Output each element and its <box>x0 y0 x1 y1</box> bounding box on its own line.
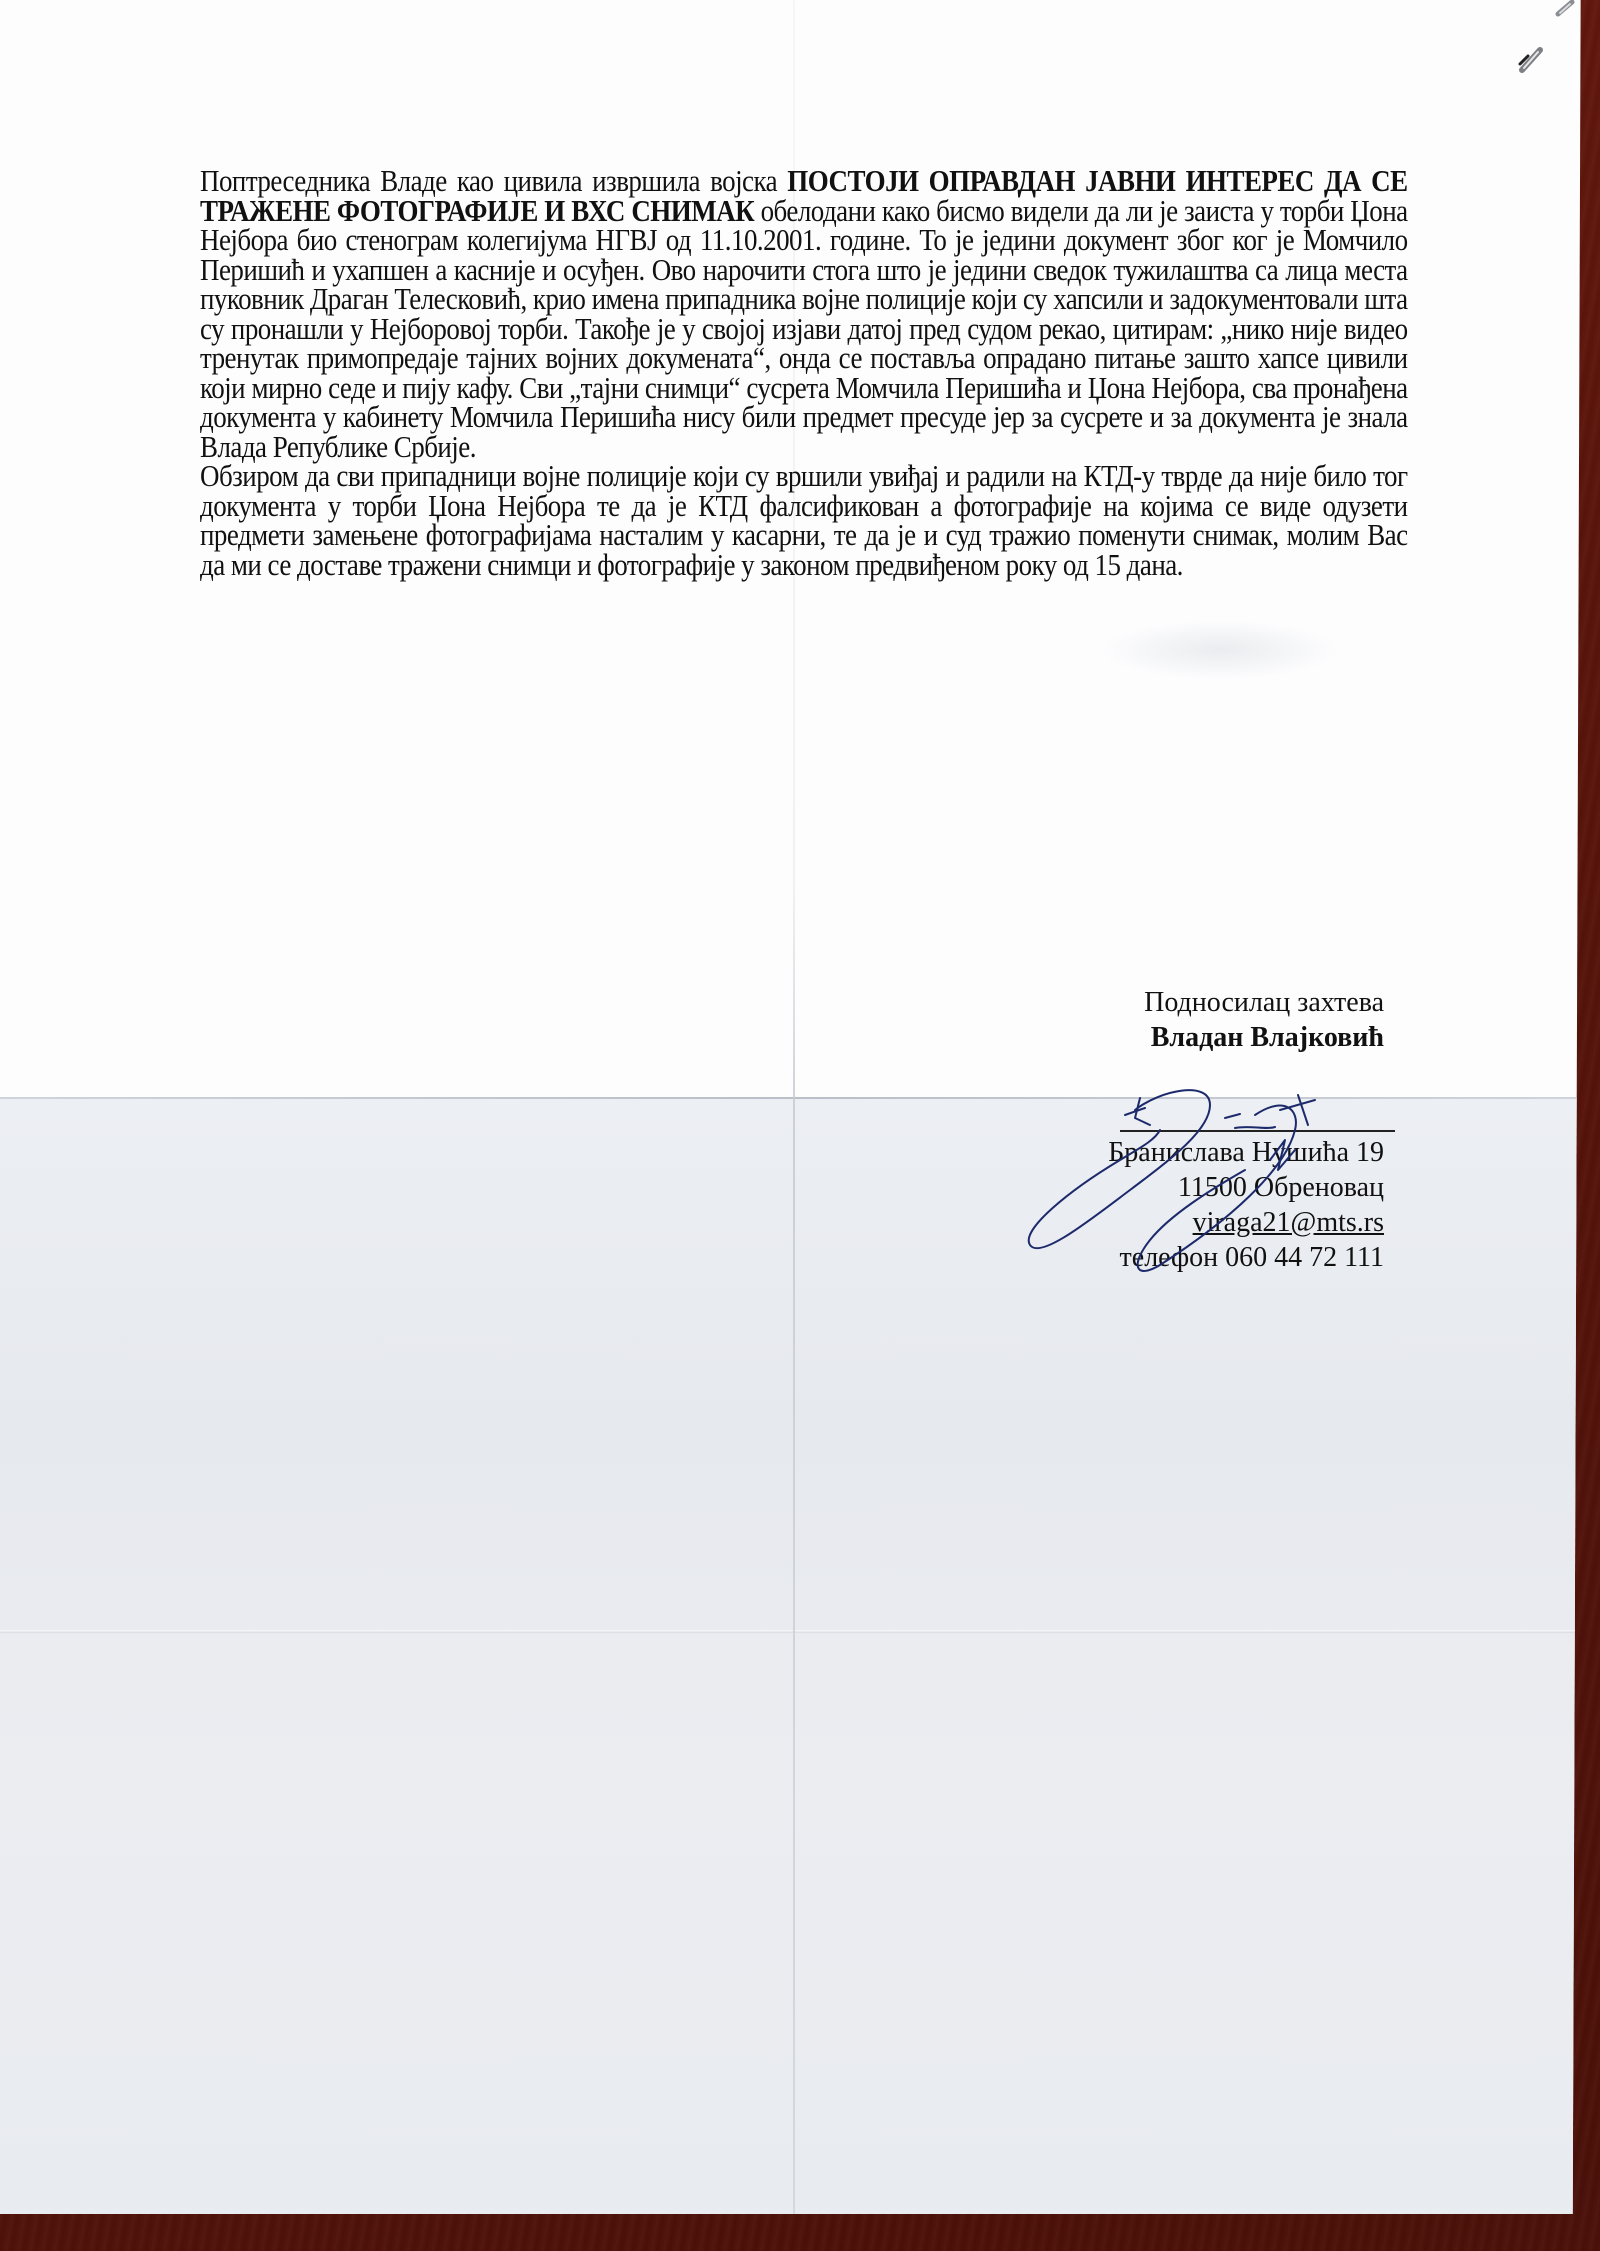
paper-smudge <box>1100 620 1340 680</box>
paragraph-1-rest: обелодани како бисмо видели да ли је заи… <box>200 193 1408 464</box>
document-page: Поптреседника Владе као цивила извршила … <box>0 0 1587 2214</box>
applicant-label: Подносилац захтева <box>1144 985 1384 1020</box>
paragraph-2: Обзиром да сви припадници војне полиције… <box>200 461 1408 579</box>
handwritten-signature <box>1010 1070 1350 1290</box>
signature-block: Подносилац захтева Владан Влајковић <box>1144 985 1384 1055</box>
document-body: Поптреседника Владе као цивила извршила … <box>200 166 1408 579</box>
paragraph-1: Поптреседника Владе као цивила извршила … <box>200 166 1408 461</box>
staple-icon <box>1500 0 1580 80</box>
applicant-name: Владан Влајковић <box>1144 1020 1384 1055</box>
